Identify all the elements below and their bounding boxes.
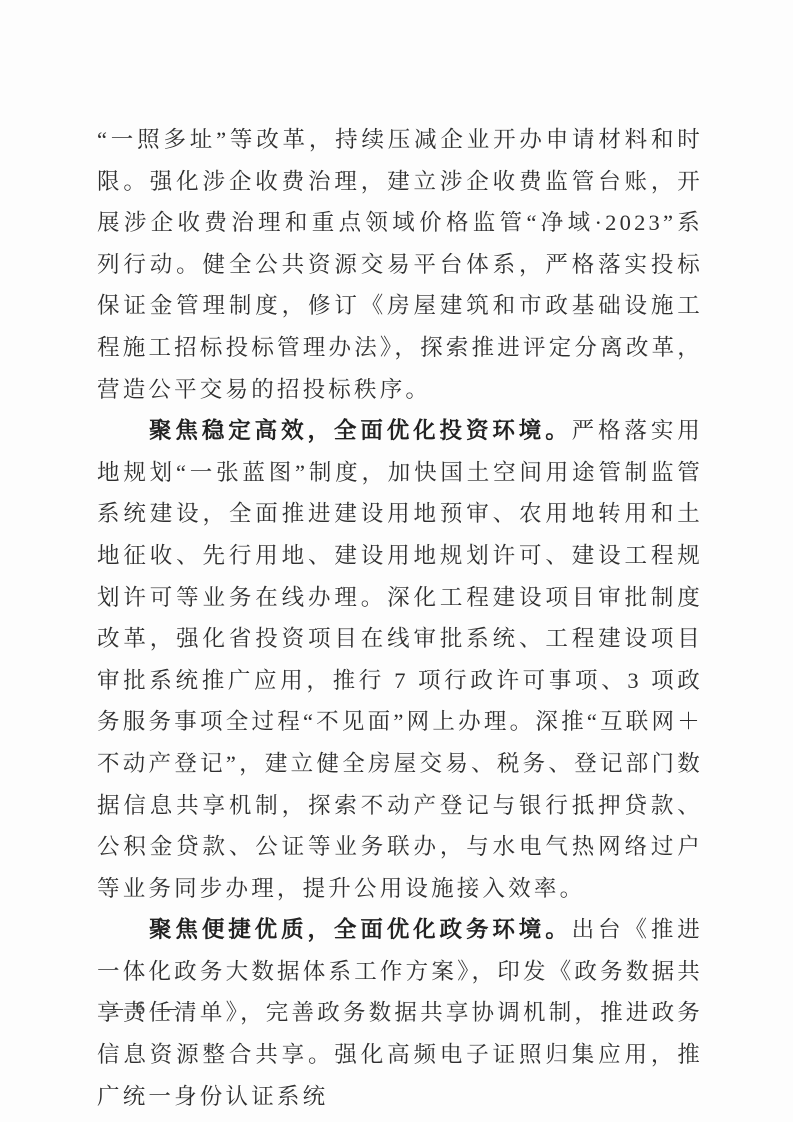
paragraph-lead: 聚焦稳定高效，全面优化投资环境。 <box>149 418 572 443</box>
page-footer: — 6 — <box>104 998 178 1020</box>
paragraph-continuation: “一照多址”等改革，持续压减企业开办申请材料和时限。强化涉企收费治理，建立涉企收… <box>97 119 703 410</box>
paragraph-government-service-environment: 聚焦便捷优质，全面优化政务环境。出台《推进一体化政务大数据体系工作方案》，印发《… <box>97 909 703 1117</box>
footer-page-number: — 6 — <box>104 998 178 1019</box>
paragraph-text: 出台《推进一体化政务大数据体系工作方案》，印发《政务数据共享责任清单》，完善政务… <box>97 917 703 1108</box>
paragraph-text: “一照多址”等改革，持续压减企业开办申请材料和时限。强化涉企收费治理，建立涉企收… <box>97 127 703 402</box>
paragraph-investment-environment: 聚焦稳定高效，全面优化投资环境。严格落实用地规划“一张蓝图”制度，加快国土空间用… <box>97 410 703 909</box>
paragraph-lead: 聚焦便捷优质，全面优化政务环境。 <box>149 917 572 942</box>
paragraph-text: 严格落实用地规划“一张蓝图”制度，加快国土空间用途管制监管系统建设，全面推进建设… <box>97 418 703 901</box>
page-content: “一照多址”等改革，持续压减企业开办申请材料和时限。强化涉企收费治理，建立涉企收… <box>97 119 703 1117</box>
document-page: “一照多址”等改革，持续压减企业开办申请材料和时限。强化涉企收费治理，建立涉企收… <box>0 0 793 1122</box>
